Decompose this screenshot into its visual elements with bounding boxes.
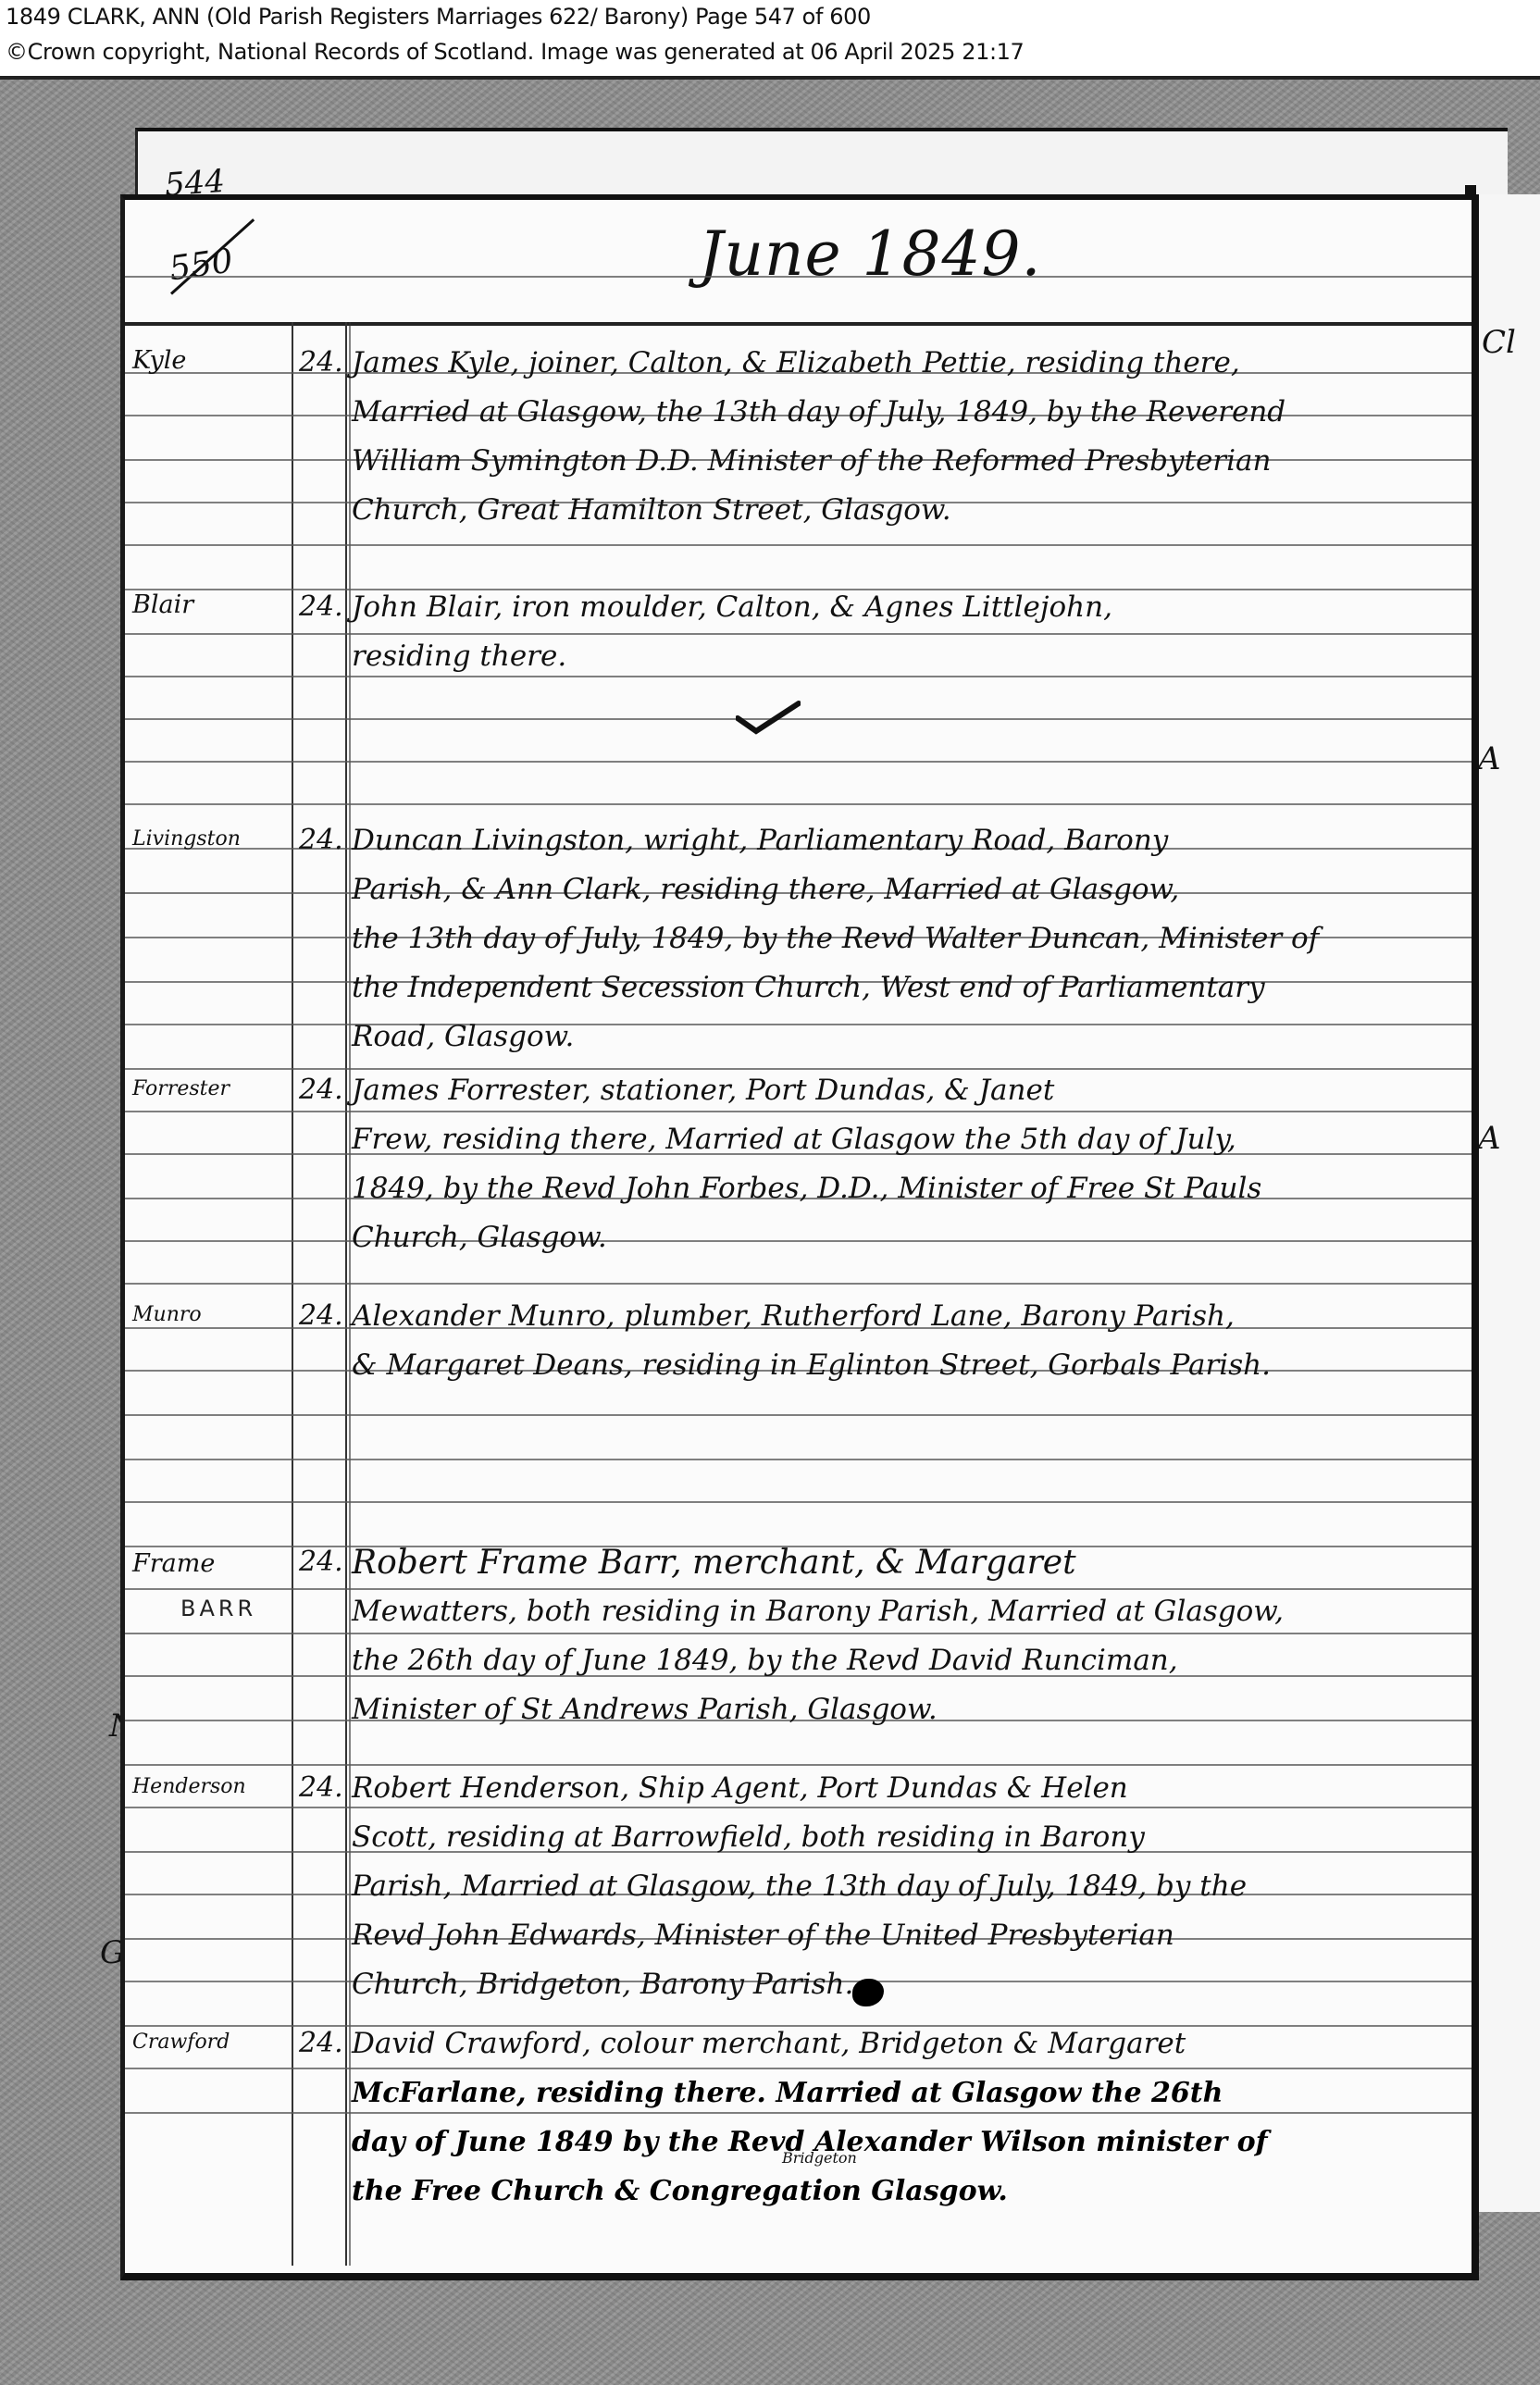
entry-surname: Frame <box>132 1549 299 1578</box>
entry-surname: Kyle <box>132 346 299 375</box>
entry-text: Robert Frame Barr, merchant, & Margaret … <box>352 1538 1462 1734</box>
entry-alias: BARR <box>180 1596 256 1621</box>
entry-surname: Munro <box>132 1303 299 1326</box>
entry-surname: Blair <box>132 590 299 619</box>
copyright-notice: ©Crown copyright, National Records of Sc… <box>6 39 1024 65</box>
entry-text: Duncan Livingston, wright, Parliamentary… <box>352 816 1462 1062</box>
interlinear-insertion: Bridgeton <box>782 2149 857 2167</box>
entry-day: 24. <box>299 1074 345 1106</box>
entry-day: 24. <box>299 824 345 856</box>
entry-day: 24. <box>299 1299 345 1332</box>
entry-surname: Crawford <box>132 2031 299 2054</box>
entry-text: James Kyle, joiner, Calton, & Elizabeth … <box>352 339 1462 535</box>
entry-surname: Forrester <box>132 1077 299 1100</box>
heading-rule <box>125 322 1472 326</box>
entry-day: 24. <box>299 590 345 623</box>
day-column-rule-2 <box>349 322 351 2266</box>
entry-day: 24. <box>299 1771 345 1804</box>
register-page: 550 June 1849. Kyle 24. Ja <box>120 194 1479 2280</box>
entry-day: 24. <box>299 2027 345 2059</box>
entry-day: 24. <box>299 346 345 379</box>
month-heading: June 1849. <box>699 218 1041 290</box>
entry-day: 24. <box>299 1546 345 1578</box>
record-title: 1849 CLARK, ANN (Old Parish Registers Ma… <box>6 4 871 30</box>
entry-text: Robert Henderson, Ship Agent, Port Dunda… <box>352 1764 1462 2009</box>
entry-text: Alexander Munro, plumber, Rutherford Lan… <box>352 1292 1462 1390</box>
entry-surname: Henderson <box>132 1775 299 1798</box>
scan-edge <box>0 76 1540 80</box>
entry-text: David Crawford, colour merchant, Bridget… <box>352 2019 1462 2216</box>
entry-surname: Livingston <box>132 827 299 851</box>
entry-text: John Blair, iron moulder, Calton, & Agne… <box>352 583 1462 681</box>
facing-page-text: Cl <box>1482 324 1516 361</box>
facing-page-fragment: Cl A A <box>1474 194 1540 2212</box>
facing-page-text: A <box>1478 740 1501 777</box>
record-header: 1849 CLARK, ANN (Old Parish Registers Ma… <box>0 0 1540 76</box>
facing-page-text: A <box>1478 1120 1501 1157</box>
entry-text: James Forrester, stationer, Port Dundas,… <box>352 1066 1462 1262</box>
day-column-rule <box>345 322 347 2266</box>
checkmark-icon <box>736 700 801 735</box>
